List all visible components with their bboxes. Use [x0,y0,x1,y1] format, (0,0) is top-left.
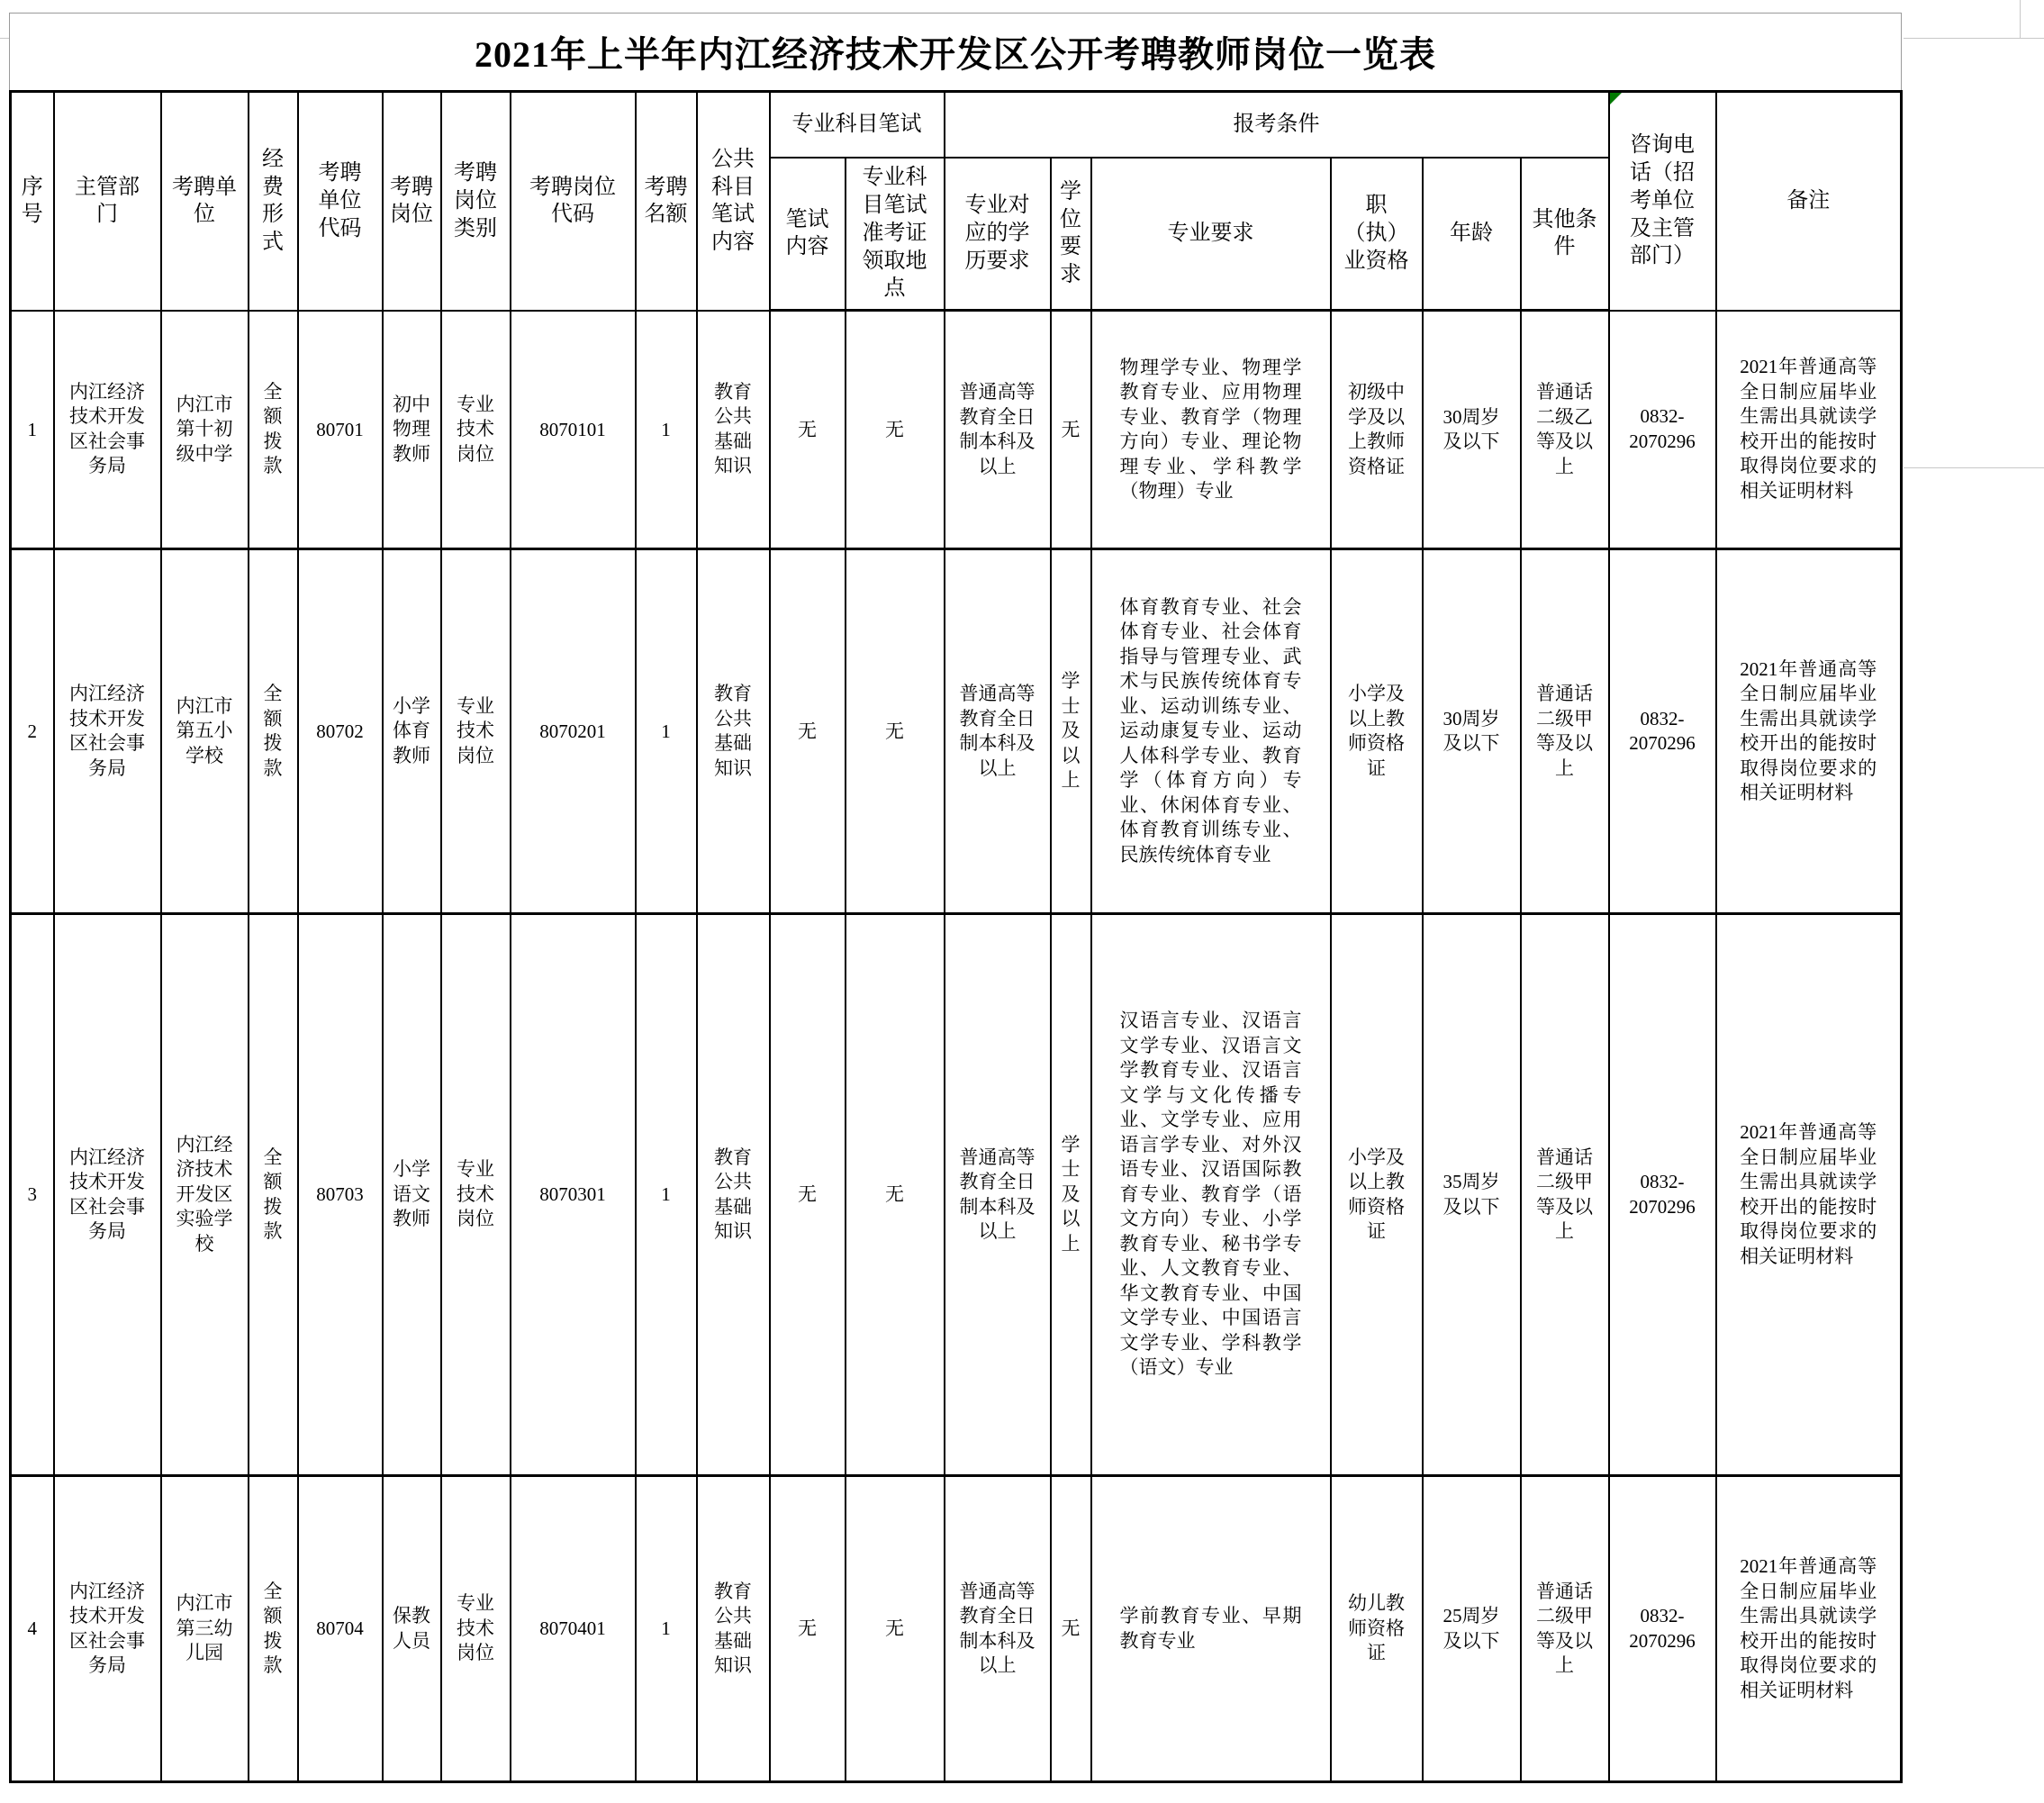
cell: 内江经济技术开发区社会事务局 [54,311,161,549]
col-header-qita-tiaojian: 其他条件 [1521,158,1609,311]
cell: 2021年普通高等全日制应届毕业生需出具就读学校开出的能按时取得岗位要求的相关证… [1716,914,1902,1476]
cell: 普通话二级甲等及以上 [1521,914,1609,1476]
cell: 无 [770,914,846,1476]
cell: 0832-2070296 [1609,1476,1716,1782]
cell: 无 [1051,1476,1091,1782]
cell: 2 [11,549,54,914]
cell: 幼儿教师资格证 [1331,1476,1423,1782]
cell: 初中物理教师 [383,311,441,549]
cell-corner-flag-icon [1610,93,1622,104]
cell: 普通高等教育全日制本科及以上 [945,549,1051,914]
recruitment-sheet: 2021年上半年内江经济技术开发区公开考聘教师岗位一览表 序号 主管部门 考聘单… [9,13,1902,1783]
cell: 教育公共基础知识 [697,1476,770,1782]
cell: 专业技术岗位 [441,914,511,1476]
col-header-zhiye-zige: 职（执）业资格 [1331,158,1423,311]
sheet-gridline [2020,0,2021,38]
cell: 内江经济技术开发区社会事务局 [54,914,161,1476]
cell: 汉语言专业、汉语言文学专业、汉语言文学教育专业、汉语言文学与文化传播专业、文学专… [1091,914,1331,1476]
cell: 内江经济技术开发区实验学校 [161,914,249,1476]
sheet-gridline [1904,38,2044,39]
cell: 0832-2070296 [1609,311,1716,549]
cell: 内江市第五小学校 [161,549,249,914]
cell: 3 [11,914,54,1476]
cell: 4 [11,1476,54,1782]
cell: 普通话二级甲等及以上 [1521,549,1609,914]
cell: 无 [1051,311,1091,549]
col-header-zhuanye-yaoqiu: 专业要求 [1091,158,1331,311]
col-header-zhuguan-bumen: 主管部门 [54,92,161,311]
cell: 30周岁及以下 [1423,311,1521,549]
cell: 2021年普通高等全日制应届毕业生需出具就读学校开出的能按时取得岗位要求的相关证… [1716,549,1902,914]
cell: 小学及以上教师资格证 [1331,914,1423,1476]
col-header-xuhao: 序号 [11,92,54,311]
col-header-danwei-daima: 考聘单位代码 [298,92,383,311]
sheet-gridline [1904,467,2044,468]
cell: 教育公共基础知识 [697,311,770,549]
cell: 无 [770,311,846,549]
cell: 教育公共基础知识 [697,549,770,914]
spreadsheet-page: { "title": "2021年上半年内江经济技术开发区公开考聘教师岗位一览表… [0,0,2044,1803]
cell: 80702 [298,549,383,914]
col-header-gangwei-leibie: 考聘岗位类别 [441,92,511,311]
col-header-xuewei-yaoqiu: 学位要求 [1051,158,1091,311]
cell: 0832-2070296 [1609,914,1716,1476]
cell: 8070201 [511,549,636,914]
cell: 学士及以上 [1051,549,1091,914]
cell: 普通高等教育全日制本科及以上 [945,311,1051,549]
cell: 小学体育教师 [383,549,441,914]
header-group-row: 序号 主管部门 考聘单位 经费形式 考聘单位代码 考聘岗位 考聘岗位类别 考聘岗… [11,92,1902,158]
group-header-baokao-tiaojian: 报考条件 [945,92,1609,158]
cell: 普通高等教育全日制本科及以上 [945,1476,1051,1782]
cell: 普通话二级乙等及以上 [1521,311,1609,549]
cell: 8070101 [511,311,636,549]
cell: 初级中学及以上教师资格证 [1331,311,1423,549]
cell: 教育公共基础知识 [697,914,770,1476]
cell: 无 [770,549,846,914]
recruitment-table: 序号 主管部门 考聘单位 经费形式 考聘单位代码 考聘岗位 考聘岗位类别 考聘岗… [9,90,1903,1783]
cell: 无 [846,311,945,549]
cell: 专业技术岗位 [441,549,511,914]
col-header-beizhu: 备注 [1716,92,1902,311]
cell: 80703 [298,914,383,1476]
cell: 8070301 [511,914,636,1476]
col-header-bishi-neirong: 笔试内容 [770,158,846,311]
cell: 1 [636,311,697,549]
col-header-xueli-yaoqiu: 专业对应的学历要求 [945,158,1051,311]
cell: 无 [846,1476,945,1782]
cell: 1 [636,1476,697,1782]
table-row: 2 内江经济技术开发区社会事务局 内江市第五小学校 全额拨款 80702 小学体… [11,549,1902,914]
cell: 30周岁及以下 [1423,549,1521,914]
cell: 普通高等教育全日制本科及以上 [945,914,1051,1476]
cell: 学士及以上 [1051,914,1091,1476]
col-header-kaopin-gangwei: 考聘岗位 [383,92,441,311]
cell: 保教人员 [383,1476,441,1782]
cell: 内江经济技术开发区社会事务局 [54,549,161,914]
cell: 专业技术岗位 [441,311,511,549]
table-header: 序号 主管部门 考聘单位 经费形式 考聘单位代码 考聘岗位 考聘岗位类别 考聘岗… [11,92,1902,311]
cell: 体育教育专业、社会体育专业、社会体育指导与管理专业、武术与民族传统体育专业、运动… [1091,549,1331,914]
cell: 无 [846,549,945,914]
col-header-gonggong-kemu: 公共科目笔试内容 [697,92,770,311]
cell: 35周岁及以下 [1423,914,1521,1476]
cell: 80704 [298,1476,383,1782]
cell: 0832-2070296 [1609,549,1716,914]
cell: 1 [11,311,54,549]
cell: 小学及以上教师资格证 [1331,549,1423,914]
cell: 全额拨款 [249,311,298,549]
col-header-kaopin-danwei: 考聘单位 [161,92,249,311]
cell: 80701 [298,311,383,549]
cell: 全额拨款 [249,549,298,914]
col-header-zixun-dianhua: 咨询电话（招考单位及主管部门） [1609,92,1716,311]
cell: 25周岁及以下 [1423,1476,1521,1782]
cell: 内江市第三幼儿园 [161,1476,249,1782]
cell: 学前教育专业、早期教育专业 [1091,1476,1331,1782]
cell: 无 [846,914,945,1476]
cell: 全额拨款 [249,914,298,1476]
cell: 内江市第十初级中学 [161,311,249,549]
cell: 全额拨款 [249,1476,298,1782]
cell: 普通话二级甲等及以上 [1521,1476,1609,1782]
col-header-kaopin-minge: 考聘名额 [636,92,697,311]
sheet-gridline [0,38,9,39]
col-header-zhunkaozheng-didian: 专业科目笔试准考证领取地点 [846,158,945,311]
col-header-nianling: 年龄 [1423,158,1521,311]
group-header-zhuanye-kemu-bishi: 专业科目笔试 [770,92,945,158]
cell: 2021年普通高等全日制应届毕业生需出具就读学校开出的能按时取得岗位要求的相关证… [1716,1476,1902,1782]
table-row: 3 内江经济技术开发区社会事务局 内江经济技术开发区实验学校 全额拨款 8070… [11,914,1902,1476]
col-header-gangwei-daima: 考聘岗位代码 [511,92,636,311]
cell: 小学语文教师 [383,914,441,1476]
cell: 8070401 [511,1476,636,1782]
col-header-jingfei-xingshi: 经费形式 [249,92,298,311]
cell: 物理学专业、物理学教育专业、应用物理专业、教育学（物理方向）专业、理论物理专业、… [1091,311,1331,549]
cell: 2021年普通高等全日制应届毕业生需出具就读学校开出的能按时取得岗位要求的相关证… [1716,311,1902,549]
cell: 专业技术岗位 [441,1476,511,1782]
page-title: 2021年上半年内江经济技术开发区公开考聘教师岗位一览表 [9,13,1902,90]
cell: 1 [636,549,697,914]
cell: 1 [636,914,697,1476]
table-row: 1 内江经济技术开发区社会事务局 内江市第十初级中学 全额拨款 80701 初中… [11,311,1902,549]
cell: 无 [770,1476,846,1782]
table-row: 4 内江经济技术开发区社会事务局 内江市第三幼儿园 全额拨款 80704 保教人… [11,1476,1902,1782]
cell: 内江经济技术开发区社会事务局 [54,1476,161,1782]
